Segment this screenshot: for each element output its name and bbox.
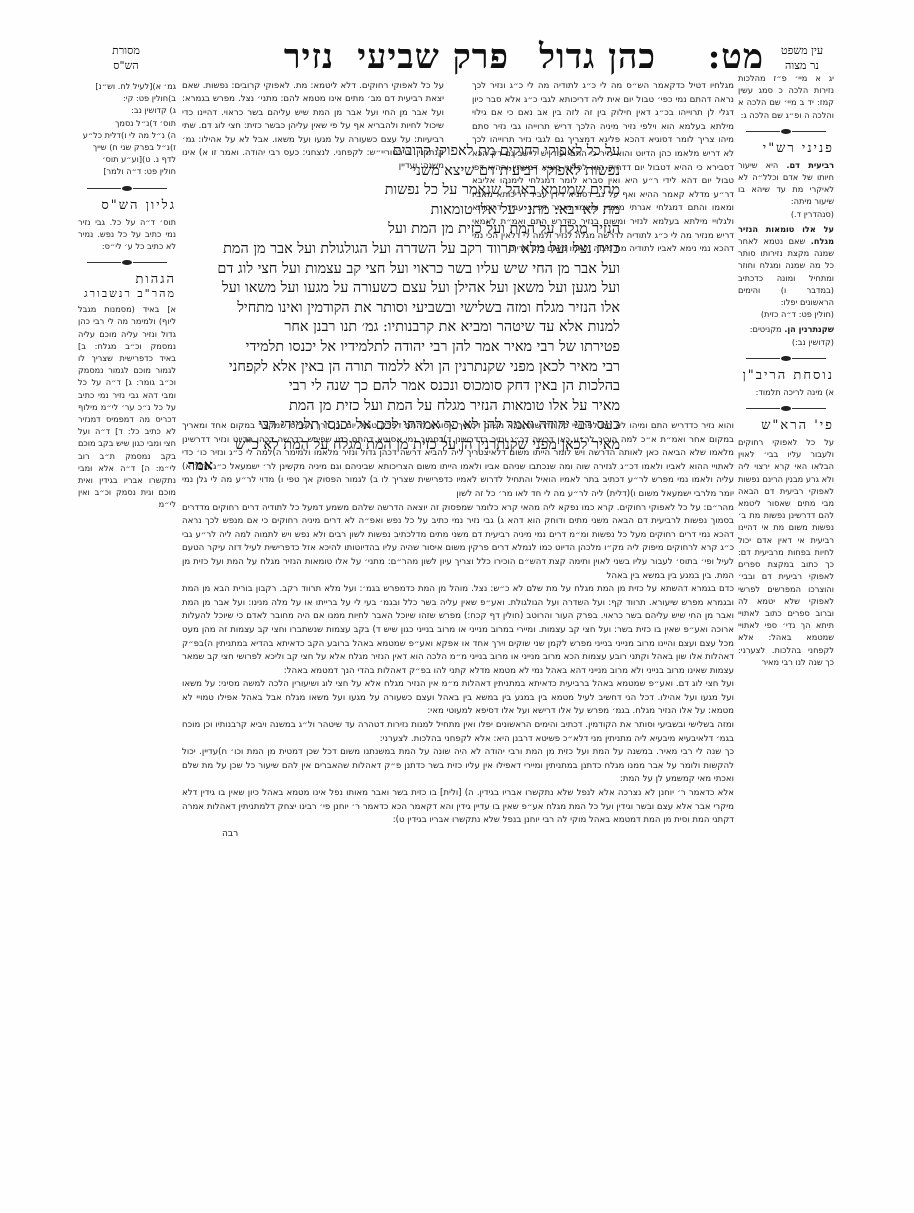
gemara-line: על כל לאפוקי רחוקים מת לאפוקי קרובים	[320, 142, 620, 162]
divider-ornament	[738, 356, 834, 361]
entry-ref: (קדושין נב:)	[738, 336, 834, 348]
dibur-hamatchil: רביעית דם.	[786, 160, 834, 170]
divider-ornament	[78, 260, 176, 265]
masores-line: ג) קדושין נב:	[78, 104, 176, 116]
masores-line: ב)חולין פט: קי:	[78, 92, 176, 104]
gemara-line: הנזיר מגלח על המת ועל כזית מן המת ועל	[320, 220, 620, 240]
gemara-line: ועל מגען ועל משאן ועל אהילן ועל עצם כשעו…	[188, 279, 620, 299]
gemara-line: בהלכות הן באין דחק סומכוס ונכנס אמר להם …	[188, 377, 620, 397]
gemara-line: אלו הנזיר מגלח ומזה בשלישי ובשביעי וסותר…	[188, 299, 620, 319]
page-number: מט:	[708, 40, 764, 74]
chapter-label: פרק שביעי	[357, 40, 509, 74]
ein-mishpat-text: יג א מיי׳ פ״ז מהלכות נזירות הלכה כ סמג ע…	[738, 72, 834, 121]
masores-line: גמ׳ א)[לעיל לח. וש״נ]	[78, 80, 176, 92]
masores-line: תוס׳ ד)נ״ל נסמך	[78, 117, 176, 129]
masores-hashas-list: גמ׳ א)[לעיל לח. וש״נ] ב)חולין פט: קי: ג)…	[78, 80, 176, 178]
gemara-line: ועל אבר מן החי שיש עליו בשר כראוי ועל חצ…	[188, 260, 620, 280]
tosafot-paragraph: כך שנה לי רבי מאיר. במשנה על המת ועל כזי…	[182, 746, 734, 787]
gemara-line: מת לא יבא: מתני׳ על אלו טומאות	[320, 201, 620, 221]
tosafot-paragraph: ומזה בשלישי ובשביעי וסותר את הקודמין. דכ…	[182, 719, 734, 746]
gilyon-hashas-text: תוס׳ ד״ה על כל. גבי נזיר נמי כתיב על כל …	[78, 216, 176, 253]
tosafot-paragraph: ועל חצי לוג דם. ואע״פ שמטמא באהל ברביעית…	[182, 678, 734, 719]
ein-mishpat-header: עין משפט נר מצוה	[772, 44, 832, 74]
tosafot-paragraph: כדם בגמרא דהשתא על כזית מן המת מגלח על מ…	[182, 583, 734, 678]
entry-ref: (חולין פט: ד״ה כזית)	[738, 308, 834, 320]
gemara-line: כזית נצל ועל מלא תרווד רקב על השדרה ועל …	[188, 240, 620, 260]
masores-label: מסורת	[96, 44, 156, 59]
entry-ref: (סנהדרין ד.)	[738, 208, 834, 220]
masores-line: לדף נ. ט)[וע״ע תוס׳	[78, 153, 176, 165]
tosafot-bottom: והוא נזיר כדדריש התם ומיהו לא הם לפרושי …	[182, 420, 734, 841]
gemara-line: למנות אלא עד שיטהר ומביא את קרבנותיו: גמ…	[188, 318, 620, 338]
hagahot-subtitle: מהר"ב רנשבורג	[78, 287, 176, 300]
hagahot-title: הגהות	[78, 271, 176, 287]
masores-line: ז)נ״ל בפרק שני ח) שייך	[78, 141, 176, 153]
masores-header: מסורת הש"ס	[96, 44, 156, 74]
pninei-rashi-title: פניני רש"י	[738, 140, 834, 156]
gilyon-hashas-title: גליון הש"ס	[78, 197, 176, 213]
tractate-name: נזיר	[284, 40, 334, 74]
tosafot-paragraph: והוא נזיר כדדריש התם ומיהו לא הם לפרושי …	[182, 420, 734, 502]
dibur-hamatchil: שקנתרנין הן.	[784, 324, 834, 334]
tosafot-paragraph: אלא כדאמר ר׳ יוחנן לא נצרכה אלא לנפל שלא…	[182, 787, 734, 828]
hashas-label: הש"ס	[96, 59, 156, 74]
divider-ornament	[78, 186, 176, 191]
divider-ornament	[738, 129, 834, 134]
nusach-harivan-title: נוסחת הריב"ן	[738, 367, 834, 383]
pninei-rashi-entry: שקנתרנין הן. מקניטים: (קדושין נב:)	[738, 323, 834, 347]
pninei-rashi-entry: על אלו טומאות הנזיר מגלח. שאם נטמא לאחר …	[738, 223, 834, 321]
nusach-harivan-text: א) מינה לריכה תלמוד:	[738, 386, 834, 398]
gemara-line: מתים שמטמא באהל שנאמר על כל נפשות	[320, 181, 620, 201]
catchword: רבה	[182, 828, 734, 842]
masores-line: חולין פט: ד״ה ולמר]	[78, 165, 176, 177]
entry-text: שאם נטמא לאחר שמנה מקצת נזירותו סותר כל …	[738, 236, 834, 307]
ein-mishpat-label: עין משפט	[772, 44, 832, 59]
left-margin: גמ׳ א)[לעיל לח. וש״נ] ב)חולין פט: קי: ג)…	[78, 80, 176, 511]
chapter-name: כהן גדול	[539, 40, 656, 74]
hagahot-text: א] באיד (מסמנות מגבל ליוף) ולמימר מה לי …	[78, 303, 176, 510]
gemara-line: פטירתו של רבי מאיר אמר להן רבי יהודה לתל…	[188, 338, 620, 358]
gemara-line: רבי מאיר לכאן מפני שקנתרנין הן ולא ללמוד…	[188, 358, 620, 378]
pirush-harash-text: על כל לאפוקי רחוקים ולעבור עליו בבי׳ לאו…	[738, 436, 834, 668]
right-margin: יג א מיי׳ פ״ז מהלכות נזירות הלכה כ סמג ע…	[738, 72, 834, 668]
pirush-harash-title: פי' הרא"ש	[738, 417, 834, 433]
divider-ornament	[738, 406, 834, 411]
entry-text: מקניטים:	[750, 324, 782, 334]
masores-line: ה) נ״ל מה לי ו)דלית כל״ע	[78, 129, 176, 141]
gemara-line: נפשות לאפוקי רביעית דם שיצא משני	[320, 162, 620, 182]
pninei-rashi-entry: רביעית דם. היא שיעור חיותו של אדם וכלל״ה…	[738, 159, 834, 220]
tosafot-paragraph: מהר״ם: על כל לאפוקי רחוקים. קרא כמו נפקא…	[182, 502, 734, 584]
gemara-line: מאיר על אלו טומאות הנזיר מגלח על המת ועל…	[188, 397, 620, 417]
